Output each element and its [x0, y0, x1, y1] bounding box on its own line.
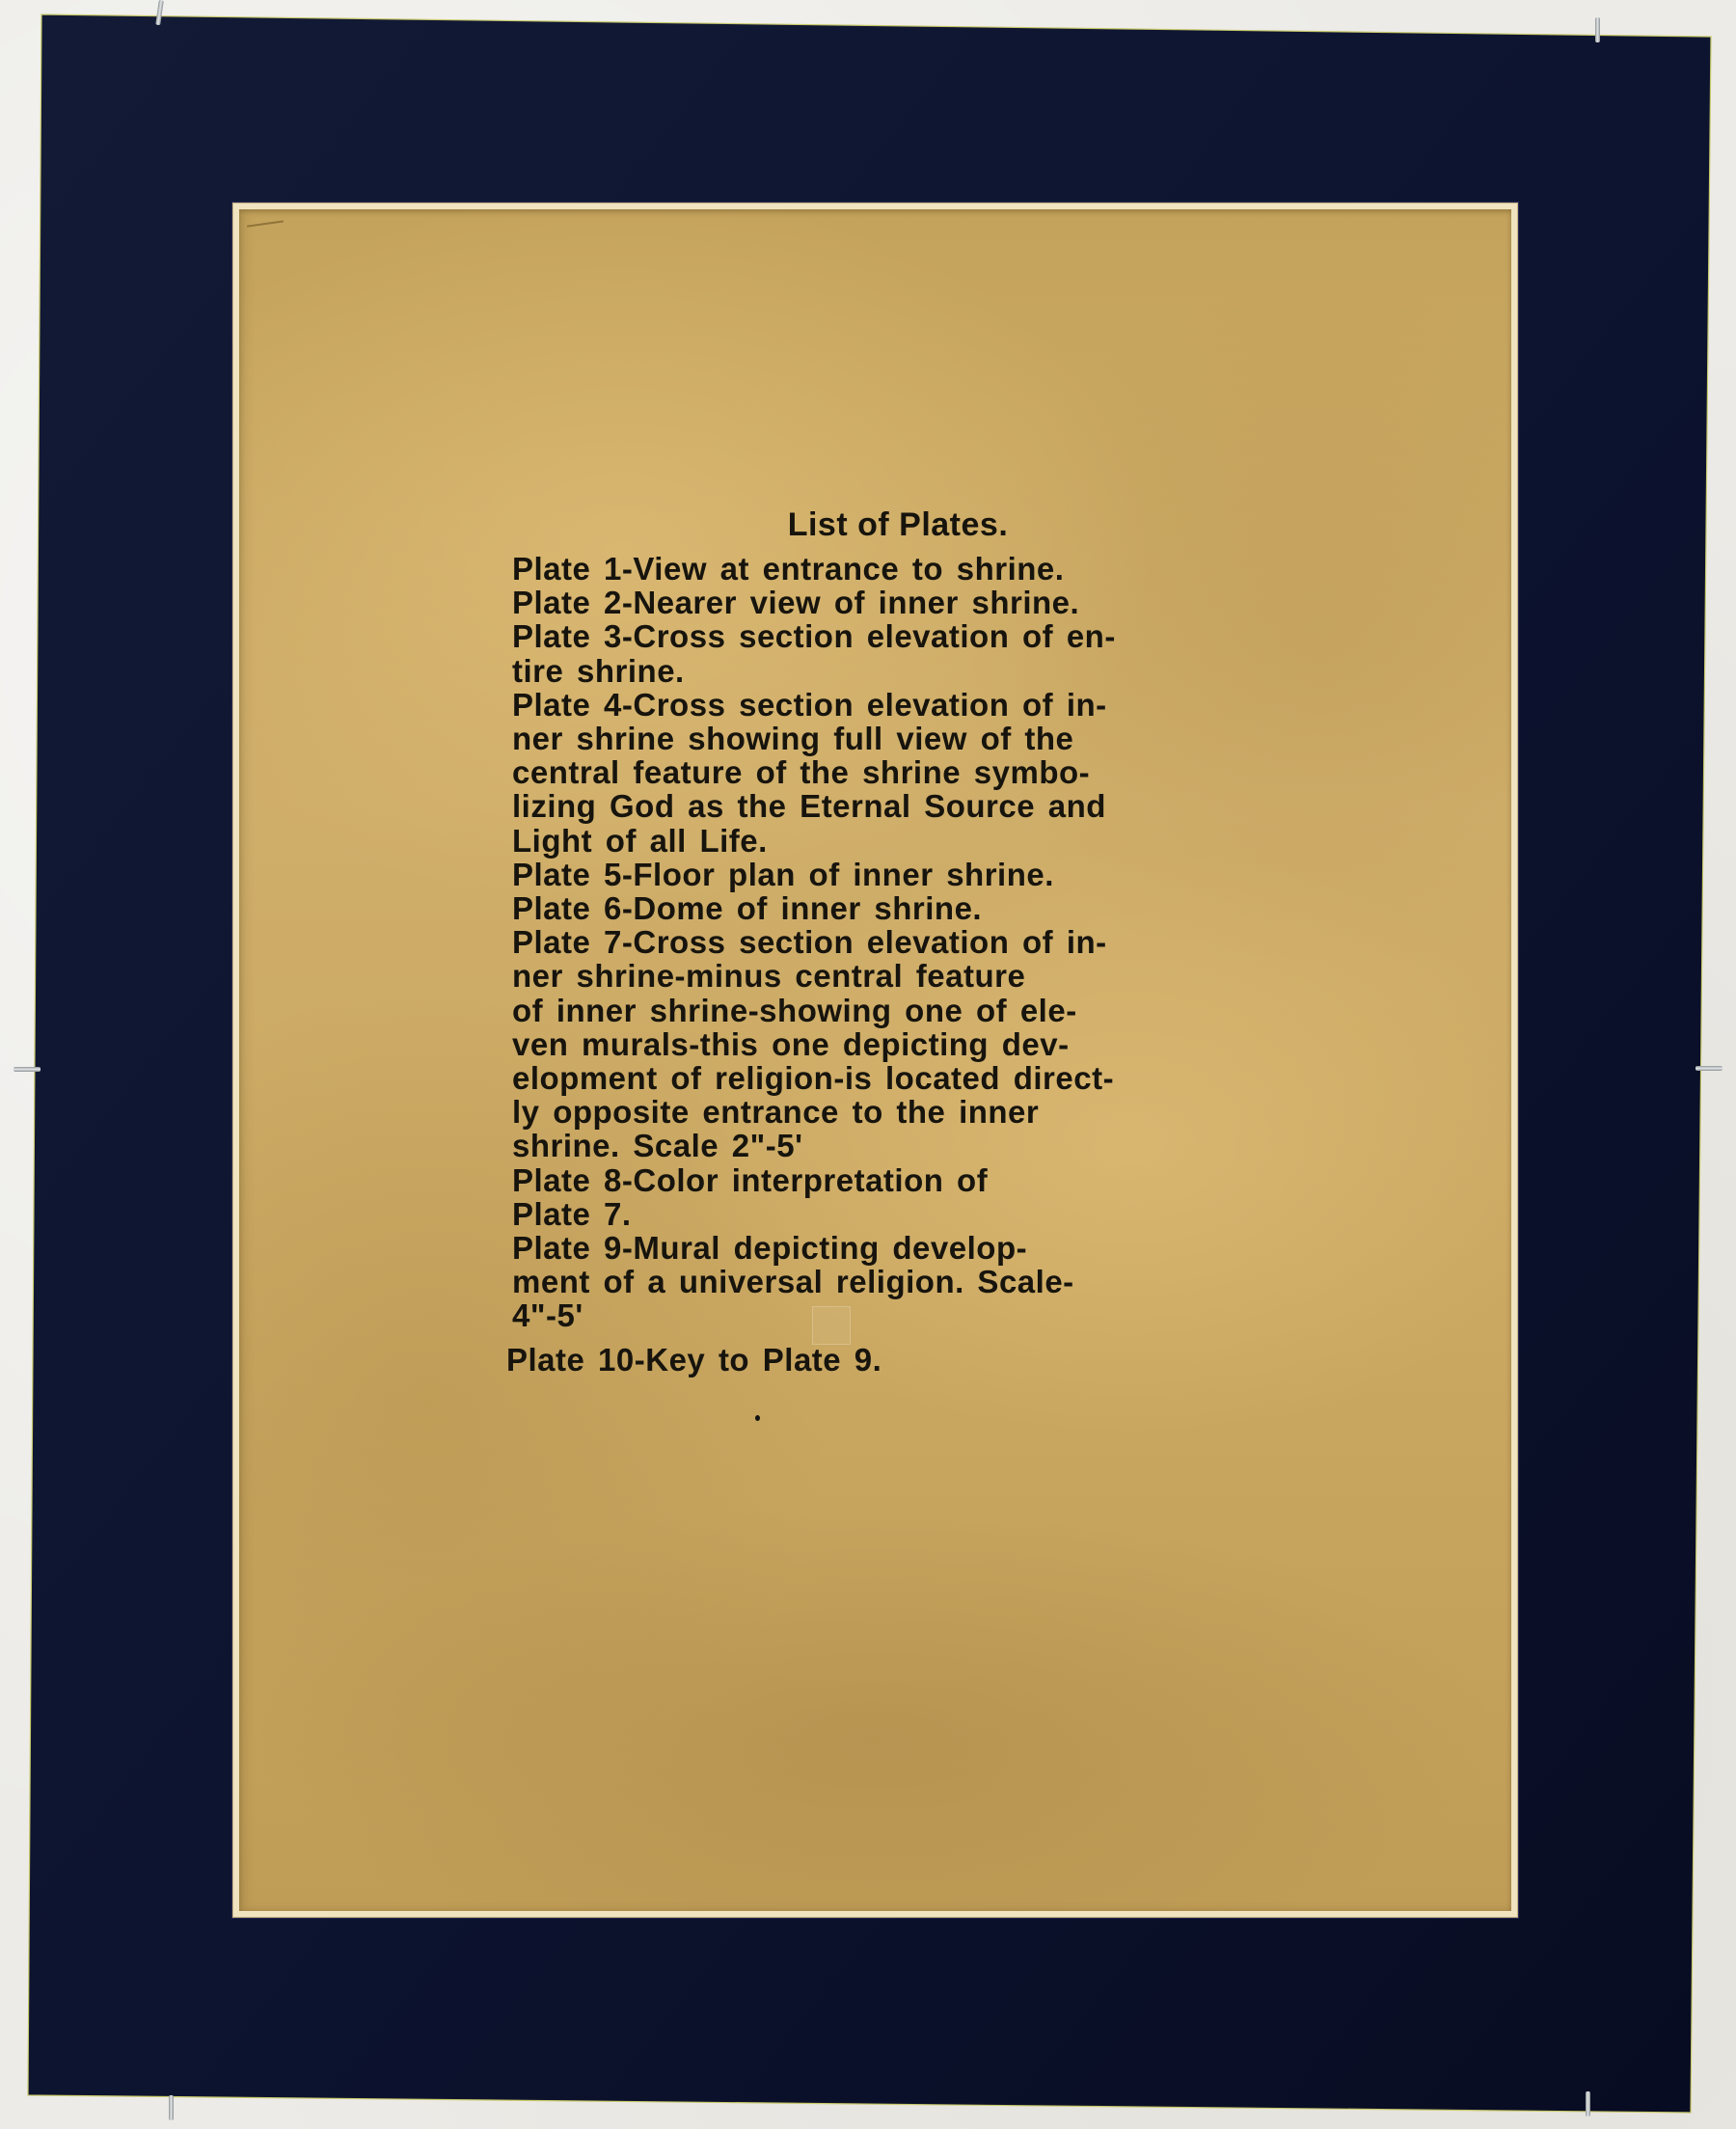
document-line: Plate 2-Nearer view of inner shrine. — [512, 586, 1245, 619]
document-line: elopment of religion-is located direct- — [512, 1061, 1245, 1095]
top-right-hanging-clip — [1595, 17, 1600, 42]
document-line: Plate 10-Key to Plate 9. — [506, 1343, 1245, 1377]
tape-mark — [812, 1306, 851, 1345]
document-line: ven murals-this one depicting dev- — [512, 1027, 1245, 1061]
document-line: 4"-5' — [512, 1298, 1245, 1332]
document-lines: Plate 1-View at entrance to shrine.Plate… — [512, 552, 1245, 1377]
document-line: Plate 5-Floor plan of inner shrine. — [512, 858, 1245, 891]
document-line: ment of a universal religion. Scale- — [512, 1265, 1245, 1298]
document-line: of inner shrine-showing one of ele- — [512, 994, 1245, 1027]
paper-corner-crease — [247, 220, 284, 227]
left-hanging-clip — [14, 1067, 41, 1072]
document-line: Plate 4-Cross section elevation of in- — [512, 688, 1245, 722]
document-line: ly opposite entrance to the inner — [512, 1095, 1245, 1129]
document-line: Plate 7. — [512, 1197, 1245, 1231]
document-line: tire shrine. — [512, 654, 1245, 688]
mat-window: List of Plates. Plate 1-View at entrance… — [232, 203, 1518, 1918]
document-line: Plate 9-Mural depicting develop- — [512, 1231, 1245, 1265]
kraft-paper-sheet: List of Plates. Plate 1-View at entrance… — [239, 209, 1511, 1911]
document-title: List of Plates. — [512, 504, 1245, 546]
document-line: Light of all Life. — [512, 824, 1245, 858]
document-line: shrine. Scale 2"-5' — [512, 1129, 1245, 1162]
ink-dot — [755, 1415, 760, 1421]
document-line: Plate 1-View at entrance to shrine. — [512, 552, 1245, 586]
right-hanging-clip — [1695, 1066, 1722, 1071]
list-of-plates-document: List of Plates. Plate 1-View at entrance… — [512, 504, 1245, 1377]
document-line: ner shrine-minus central feature — [512, 959, 1245, 993]
bottom-right-hanging-clip — [1586, 2091, 1590, 2116]
bottom-left-hanging-clip — [169, 2095, 174, 2120]
document-line: Plate 3-Cross section elevation of en- — [512, 619, 1245, 653]
document-line: Plate 7-Cross section elevation of in- — [512, 925, 1245, 959]
document-line: ner shrine showing full view of the — [512, 722, 1245, 755]
document-line: central feature of the shrine symbo- — [512, 755, 1245, 789]
document-line: Plate 6-Dome of inner shrine. — [512, 891, 1245, 925]
document-line: lizing God as the Eternal Source and — [512, 789, 1245, 823]
document-line: Plate 8-Color interpretation of — [512, 1163, 1245, 1197]
